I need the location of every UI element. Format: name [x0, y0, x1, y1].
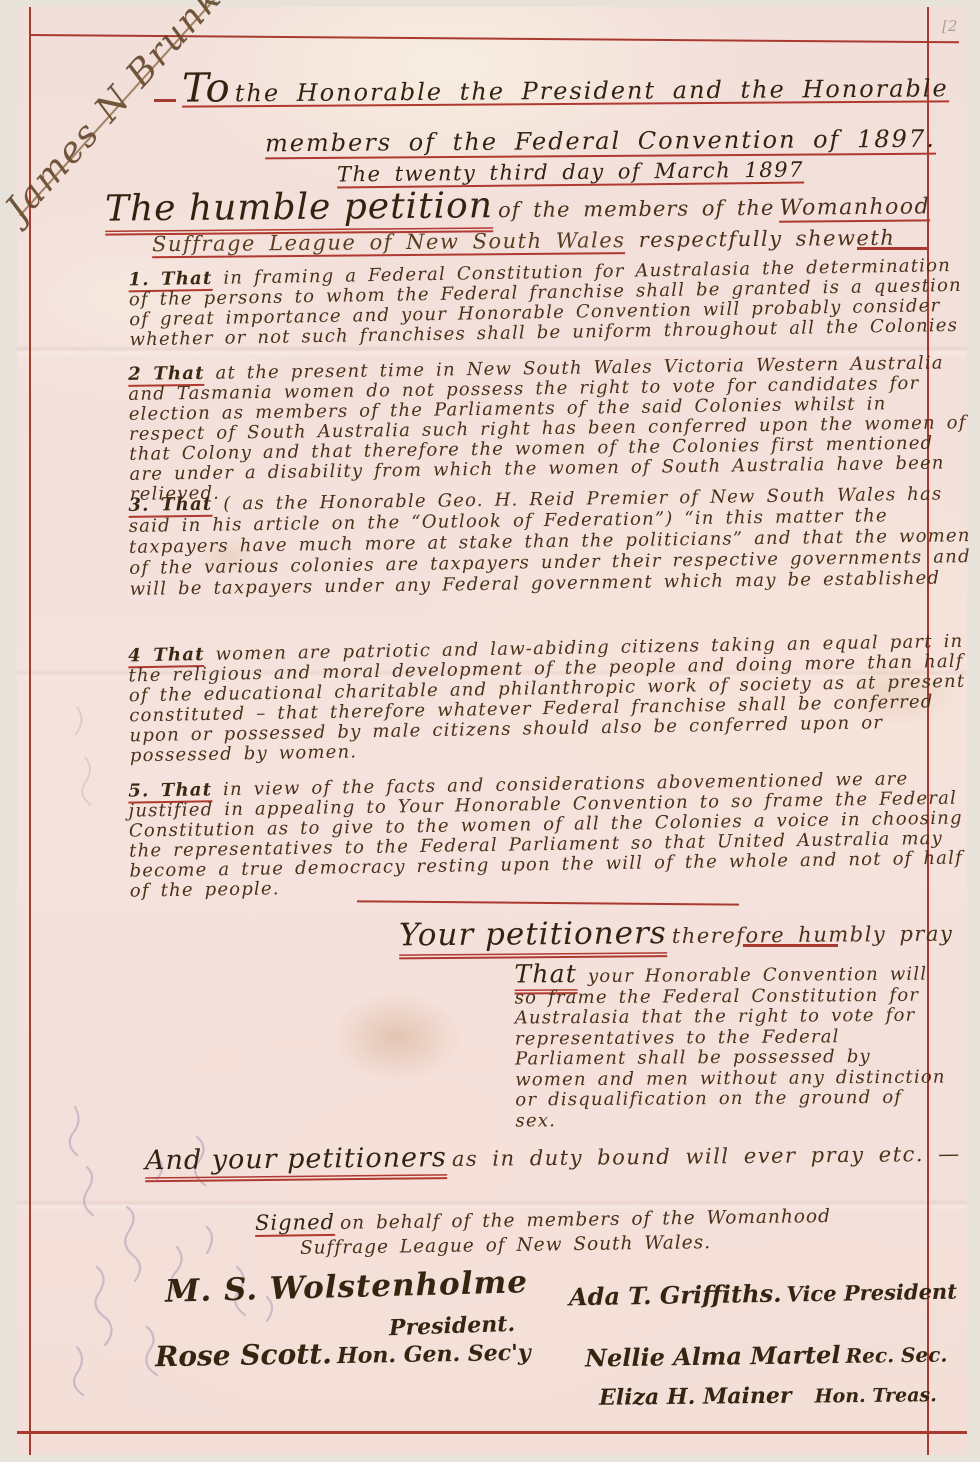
signed-rest: on behalf of the members of the Womanhoo…	[340, 1206, 831, 1234]
signature-title: Vice President	[786, 1279, 957, 1307]
scanned-page: James N Brunker [2 To the Honorable the …	[0, 0, 980, 1462]
clause-3: 3. That ( as the Honorable Geo. H. Reid …	[128, 483, 971, 600]
section-divider-rule	[357, 900, 739, 905]
signature-hon-treas: Eliza H. Mainer Hon. Treas.	[599, 1381, 937, 1411]
petition-paper: James N Brunker [2 To the Honorable the …	[17, 7, 967, 1455]
clause-text: women are patriotic and law-abiding citi…	[128, 631, 965, 767]
petition-title: The humble petition of the members of th…	[105, 181, 930, 229]
signature-title: Hon. Gen. Sec'y	[337, 1340, 531, 1369]
clause-text: at the present time in New South Wales V…	[128, 352, 966, 504]
signature-title: Hon. Treas.	[815, 1384, 937, 1407]
clause-2: 2 That at the present time in New South …	[128, 353, 972, 505]
prayer-dash	[743, 944, 838, 947]
salutation-text: To the Honorable the President and the H…	[182, 81, 949, 107]
salutation-line1-rest: the Honorable the President and the Hono…	[235, 74, 949, 107]
clause-text: in framing a Federal Constitution for Au…	[129, 255, 962, 350]
prayer-lead: Your petitioners therefore humbly pray	[399, 913, 954, 954]
clause-text: ( as the Honorable Geo. H. Reid Premier …	[129, 484, 971, 600]
closing-rest: as in duty bound will ever pray etc. —	[452, 1142, 961, 1171]
petition-title-mid: of the members of the	[498, 196, 774, 222]
signed-lead: Signed	[255, 1210, 335, 1237]
signature-name: Nellie Alma Martel	[585, 1340, 841, 1373]
clause-text: in view of the facts and considerations …	[128, 768, 963, 901]
salutation-dash	[154, 99, 176, 102]
signature-name: Eliza H. Mainer	[599, 1383, 792, 1411]
prayer-body-text: your Honorable Convention will so frame …	[515, 964, 946, 1131]
petition-title-line2: Suffrage League of New South Wales respe…	[152, 226, 896, 256]
signature-rec-sec: Nellie Alma Martel Rec. Sec.	[585, 1338, 948, 1372]
prayer-body: That your Honorable Convention will so f…	[514, 961, 947, 1131]
salutation-line2: members of the Federal Convention of 189…	[265, 125, 936, 158]
clause-1: 1. That in framing a Federal Constitutio…	[128, 256, 971, 351]
clause-4: 4 That women are patriotic and law-abidi…	[128, 632, 972, 767]
bleed-through-marks	[57, 697, 117, 817]
border-bottom-rule	[17, 1431, 967, 1434]
salutation: To the Honorable the President and the H…	[182, 60, 949, 111]
signature-hon-gen-sec: Rose Scott. Hon. Gen. Sec'y	[155, 1334, 531, 1374]
signature-title: Rec. Sec.	[845, 1342, 947, 1367]
salutation-to: To	[182, 65, 230, 111]
sheweth-dash	[857, 247, 927, 250]
signature-name: Ada T. Griffiths.	[569, 1279, 782, 1312]
signature-vice-president: Ada T. Griffiths. Vice President	[569, 1276, 957, 1312]
petition-title-lead: The humble petition	[105, 185, 493, 235]
signature-name: Rose Scott.	[155, 1337, 332, 1373]
signed-line2: Suffrage League of New South Wales.	[300, 1232, 711, 1259]
ink-stain	[332, 992, 462, 1082]
page-number-note: [2	[942, 17, 957, 35]
petition-title-emph: Womanhood	[779, 194, 930, 222]
closing-lead: And your petitioners	[145, 1142, 447, 1182]
clause-5: 5. That in view of the facts and conside…	[128, 768, 972, 901]
